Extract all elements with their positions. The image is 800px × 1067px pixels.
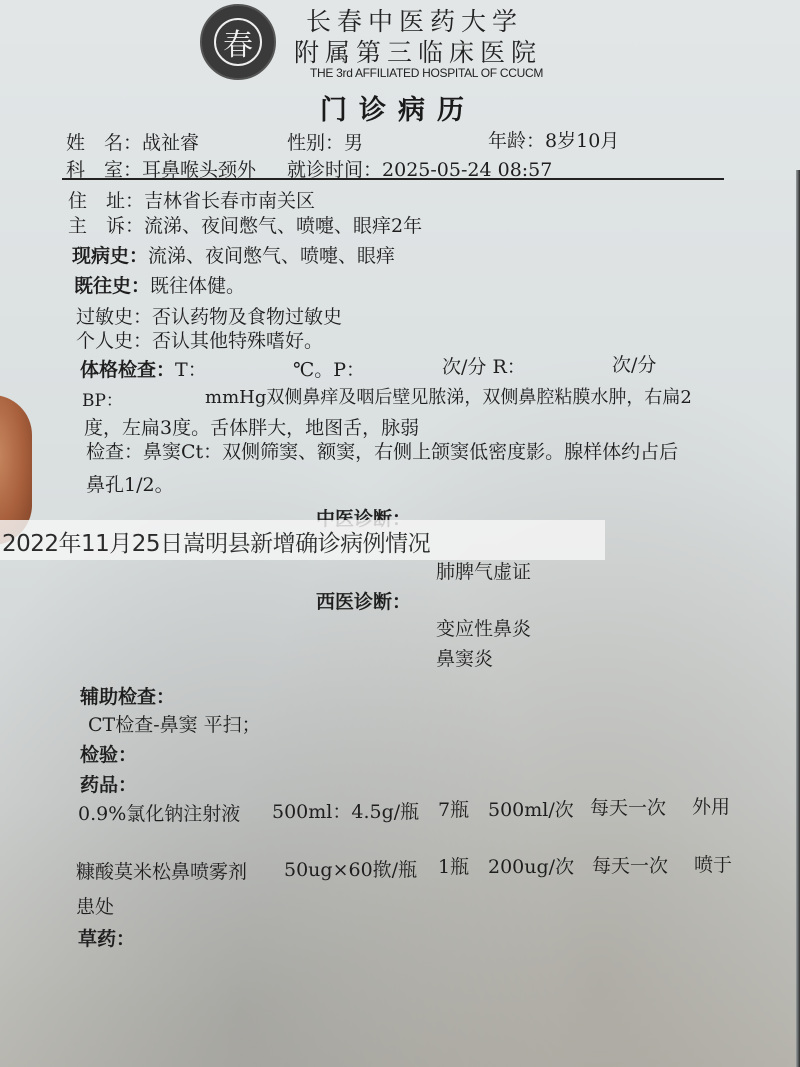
temperature-label: T： [175,359,207,381]
past-history-label: 既往史： [74,275,150,297]
present-illness-row: 现病史：流涕、夜间憋气、喷嚏、眼痒 [72,241,395,268]
pulse-unit: 次/分 R： [442,352,526,379]
exam-findings-line2: 度，左扁3度。舌体胖大，地图舌，脉弱 [84,413,419,440]
drugs-label: 药品： [80,770,137,797]
hospital-logo-icon: 春 [200,4,276,80]
patient-name: 战祉睿 [142,132,199,154]
drug-name: 糠酸莫米松鼻喷雾剂 [76,857,247,884]
paper-edge-shadow [796,170,800,1067]
drug-qty: 1瓶 [438,852,469,879]
address-label: 住 址： [68,190,144,212]
caption-overlay-text: 2022年11月25日嵩明县新增确诊病例情况 [2,525,430,558]
gender-value: 男 [344,132,363,154]
gender-field: 性别：男 [287,128,363,155]
drug-spec: 50ug×60揿/瓶 [284,855,417,882]
drug-usage: 外用 [692,792,730,819]
past-history-value: 既往体健。 [150,275,245,297]
address-value: 吉林省长春市南关区 [144,190,315,212]
personal-history-row: 个人史：否认其他特殊嗜好。 [76,326,323,353]
chief-complaint-row: 主 诉：流涕、夜间憋气、喷嚏、眼痒2年 [68,211,422,238]
present-illness-value: 流涕、夜间憋气、喷嚏、眼痒 [148,245,395,267]
respiration-unit: 次/分 [612,350,656,377]
drug-frequency: 每天一次 [590,793,666,820]
drug-name: 0.9%氯化钠注射液 [78,799,240,826]
auxiliary-exam-label: 辅助检查： [80,682,175,709]
ct-findings-line2: 鼻孔1/2。 [86,470,174,497]
bp-label: BP： [82,386,123,411]
auxiliary-exam-item: CT检查-鼻窦 平扫； [88,710,261,737]
drug-qty: 7瓶 [438,795,469,822]
drug-usage: 喷于 [694,850,732,877]
exam-label: 体格检查： [80,359,175,381]
hospital-logo-glyph: 春 [214,18,262,66]
western-diagnosis-item: 鼻窦炎 [436,644,493,671]
herbal-medicine-label: 草药： [78,924,135,951]
allergy-row: 过敏史：否认药物及食物过敏史 [76,302,342,329]
drug-dose: 500ml/次 [488,795,574,822]
drug-dose: 200ug/次 [488,852,574,879]
lab-test-label: 检验： [80,740,137,767]
ct-findings-line1: 检查：鼻窦Ct：双侧筛窦、额窦，右侧上颌窦低密度影。腺样体约占后 [86,437,678,464]
hospital-name-english: THE 3rd AFFILIATED HOSPITAL OF CCUCM [310,66,543,80]
chief-complaint-value: 流涕、夜间憋气、喷嚏、眼痒2年 [144,215,422,237]
present-illness-label: 现病史： [72,245,148,267]
drug-spec: 500ml：4.5g/瓶 [272,797,419,824]
patient-name-row: 姓 名：战祉睿 [66,128,199,155]
hospital-name-line2: 附属第三临床医院 [294,33,542,69]
address-row: 住 址：吉林省长春市南关区 [68,186,315,213]
personal-label: 个人史： [76,330,152,352]
age-value: 8岁10月 [545,130,619,152]
allergy-value: 否认药物及食物过敏史 [152,306,342,328]
past-history-row: 既往史：既往体健。 [74,271,245,298]
allergy-label: 过敏史： [76,306,152,328]
tcm-diagnosis-item: 肺脾气虚证 [436,557,531,584]
exam-findings-line1: mmHg双侧鼻痒及咽后壁见脓涕，双侧鼻腔粘膜水肿，右扁2 [205,383,692,409]
western-diagnosis-item: 变应性鼻炎 [436,614,531,641]
drug-usage-continued: 患处 [76,892,114,919]
temperature-unit: ℃。P： [293,355,365,382]
document-title: 门诊病历 [320,88,476,127]
gender-label: 性别： [287,132,344,154]
drug-frequency: 每天一次 [592,851,668,878]
personal-value: 否认其他特殊嗜好。 [152,330,323,352]
header-divider [62,178,724,180]
exam-label-row: 体格检查：T： [80,355,207,382]
age-field: 年龄：8岁10月 [488,126,619,153]
name-label: 姓 名： [66,132,142,154]
chief-complaint-label: 主 诉： [68,215,144,237]
age-label: 年龄： [488,130,545,152]
western-diagnosis-label: 西医诊断： [316,587,411,614]
